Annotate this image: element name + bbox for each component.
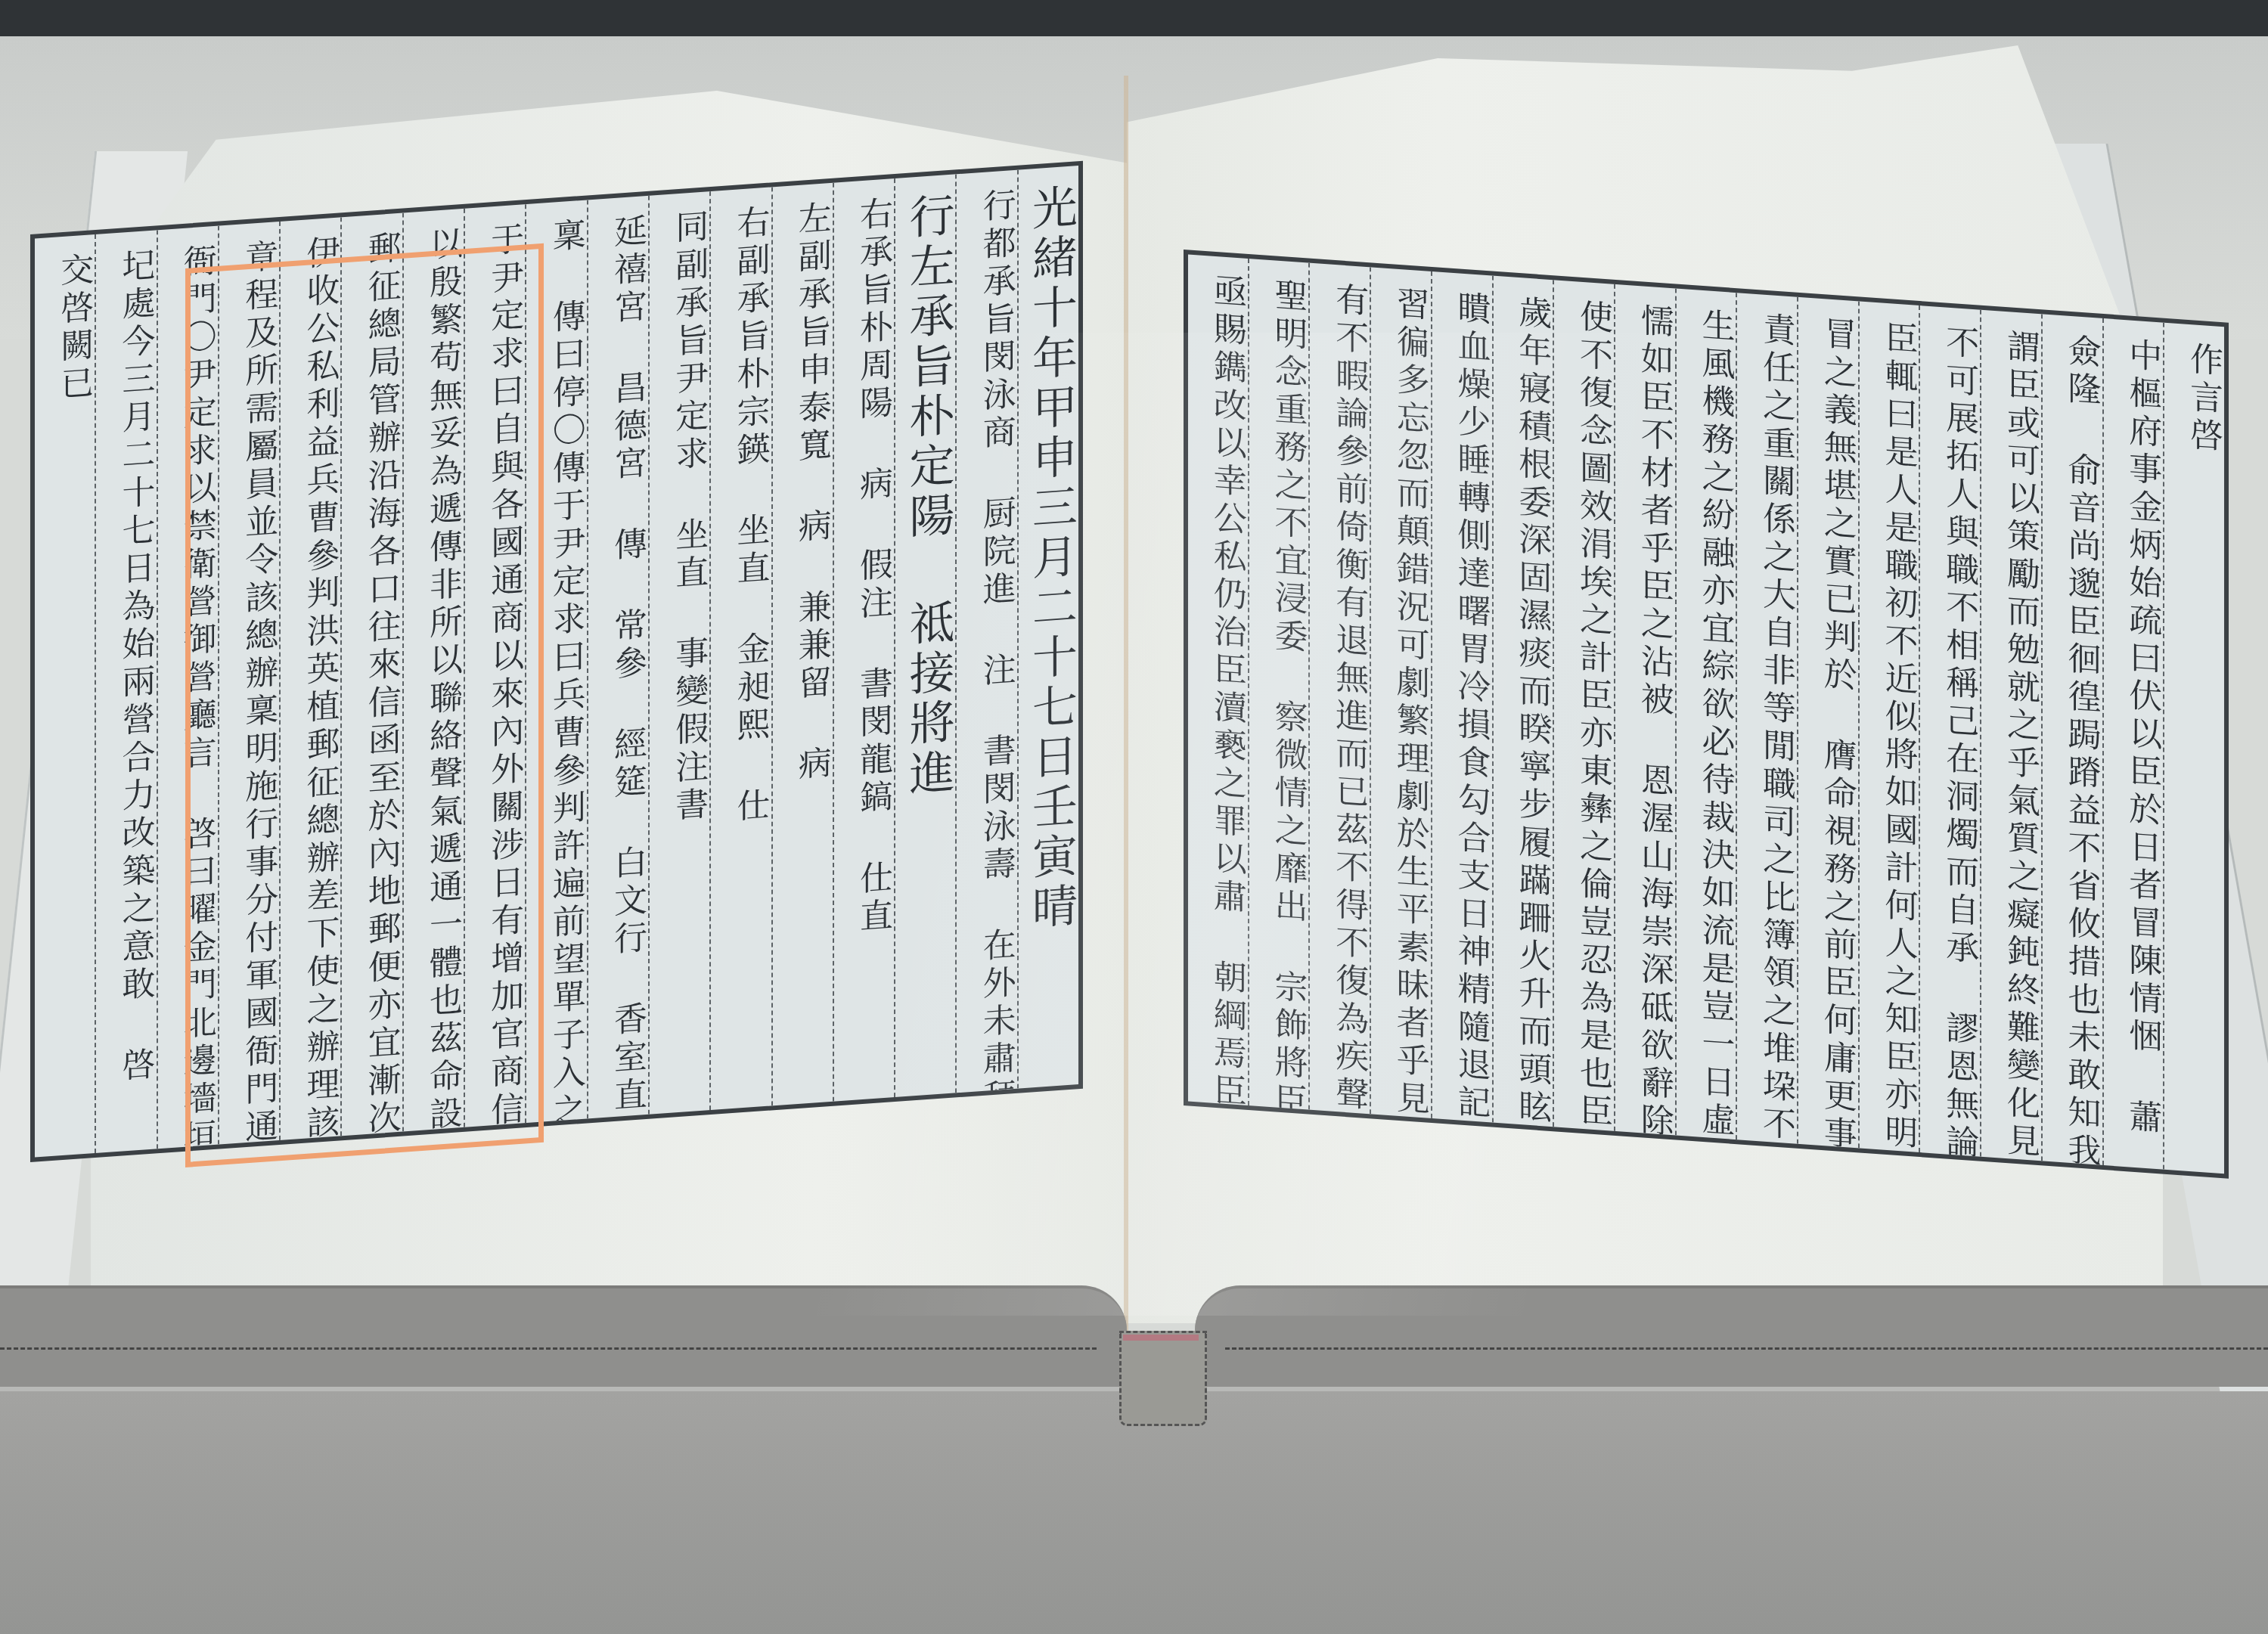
page-block-edge-right — [1195, 1285, 2268, 1387]
text-column: 謂臣或可以策勵而勉就之乎氣質之癡鈍終難變化見識之局滯 — [1980, 310, 2041, 1161]
text-column: 延禧宮 昌德宮 傳 常參 經筵 白文行 香室直 — [587, 196, 648, 1119]
text-column: 章程及所需屬員並令該總辦稟明施行事分付軍國衙門通信 — [218, 222, 279, 1145]
text-column: 以殷繁苟無妥為遞傳非所以聯絡聲氣遞通一體也茲命設立 — [402, 209, 464, 1132]
text-column: 僉隆 俞音尚邈臣徊徨跼蹐益不省攸措也未敢知我 — [2041, 314, 2102, 1165]
text-column: 冒之義無堪之實已判於 膺命視務之前臣何庸更事觀縷而其 — [1797, 297, 1858, 1149]
text-column: 聖明念重務之不宜浸委 察微情之靡出 宗飾將臣所有楷辦之任 — [1248, 259, 1309, 1110]
right-page-text-frame: 作言啓 中樞府事金炳始疏曰伏以臣於日者冒陳情悃 蕭 聖上將 僉隆 俞音尚邈臣徊徨… — [1184, 250, 2229, 1179]
text-column: 不可展拓人與職不相稱己在洞燭而自承 謬恩無論知臣與不知 — [1919, 305, 1980, 1157]
text-column: 光緒十年甲申三月二十七日壬寅晴 — [1017, 166, 1078, 1089]
text-column: 伊收公私利益兵曹參判洪英植郵征總辦差下使之辦理該局應行 — [279, 217, 340, 1140]
text-column: 臣輒曰是人是職初不近似將如國計何人之知臣亦明於臣之自知則難 — [1858, 301, 1919, 1152]
book-gutter — [1124, 76, 1128, 1331]
text-column: 亟賜鐫改以幸公私仍治臣瀆褻之罪以肅 朝綱焉臣無任云云 答 — [1188, 254, 1248, 1105]
spine-headband — [1123, 1335, 1199, 1341]
text-column: 交啓闕已 — [35, 234, 95, 1158]
page-block-edge-left — [0, 1285, 1127, 1387]
text-column: 使不復念圖效涓埃之計臣亦東彝之倫豈忍為是也臣之素抱貞痼 — [1553, 280, 1614, 1131]
text-column: 歲年寢積根委深固濕痰而睽寧步履蹣跚火升而頭眩視聽譫 — [1492, 275, 1553, 1127]
display-case-frame — [0, 0, 2268, 36]
text-column: 同副承旨尹定求 坐直 事變假注書 — [648, 191, 709, 1115]
text-column: 中樞府事金炳始疏曰伏以臣於日者冒陳情悃 蕭 聖上將 — [2102, 318, 2164, 1170]
text-column: 圮處今三月二十七日為始兩營合力改築之意敢 啓 — [95, 230, 156, 1153]
right-page-columns: 作言啓 中樞府事金炳始疏曰伏以臣於日者冒陳情悃 蕭 聖上將 僉隆 俞音尚邈臣徊徨… — [1188, 254, 2224, 1174]
text-column: 右承旨朴周陽 病 假注 書閔龍鎬 仕直 — [833, 178, 894, 1102]
text-column: 懦如臣不材者乎臣之沾被 恩渥山海崇深砥欲辭除就夷御勞占 — [1614, 284, 1675, 1136]
text-column: 右副承旨朴宗鍈 坐直 金昶熙 仕 — [709, 188, 771, 1111]
book-spine — [1119, 1331, 1207, 1426]
text-column: 衙門〇尹定求以禁衛營御營廳言 啓曰曜金門北邊墻垣四間時 — [157, 226, 218, 1149]
text-column: 瞶血燥少睡轉側達曙胃冷損食勾合支日神精隨退記性頓去故常 — [1431, 271, 1492, 1123]
text-column: 行都承旨閔泳商 厨院進 注 書閔泳壽 在外未肅拜 — [955, 170, 1016, 1093]
text-column: 于尹定求曰自與各國通商以來內外關涉日有增加官商信息隨 — [464, 204, 525, 1127]
text-column: 習徧多忘忽而顛錯況可劇繁理劇於生平素昧者乎見狀如是才之堪否 — [1370, 267, 1431, 1118]
text-column: 郵征總局管辦沿海各口往來信函至於內地郵便亦宜漸次擴張 — [340, 213, 402, 1136]
text-column: 左副承旨申泰寬 病 兼兼留 病 — [771, 183, 833, 1106]
left-page-columns: 光緒十年甲申三月二十七日壬寅晴 行都承旨閔泳商 厨院進 注 書閔泳壽 在外未肅拜… — [35, 166, 1078, 1157]
text-column: 稟 傳曰停〇傳于尹定求曰兵曹參判許遍前望單子入之〇傳 — [525, 200, 586, 1124]
text-column: 責任之重關係之大自非等閒職司之比簿領之堆垜不容虛徐政須敏給 — [1736, 293, 1797, 1144]
text-column: 生風機務之紛融亦宜綜欲必待裁決如流是豈一日虛糜於庸拙愔 — [1675, 288, 1736, 1139]
left-page-text-frame: 光緒十年甲申三月二十七日壬寅晴 行都承旨閔泳商 厨院進 注 書閔泳壽 在外未肅拜… — [30, 161, 1083, 1162]
text-column: 作言啓 — [2163, 323, 2224, 1174]
text-column: 有不暇論參前倚衡有退無進而已茲不得不復為疾聲之籲伏乞 — [1308, 263, 1370, 1115]
display-stand — [0, 1391, 2268, 1634]
text-column: 行左承旨朴定陽 祗接將進 — [894, 174, 955, 1097]
